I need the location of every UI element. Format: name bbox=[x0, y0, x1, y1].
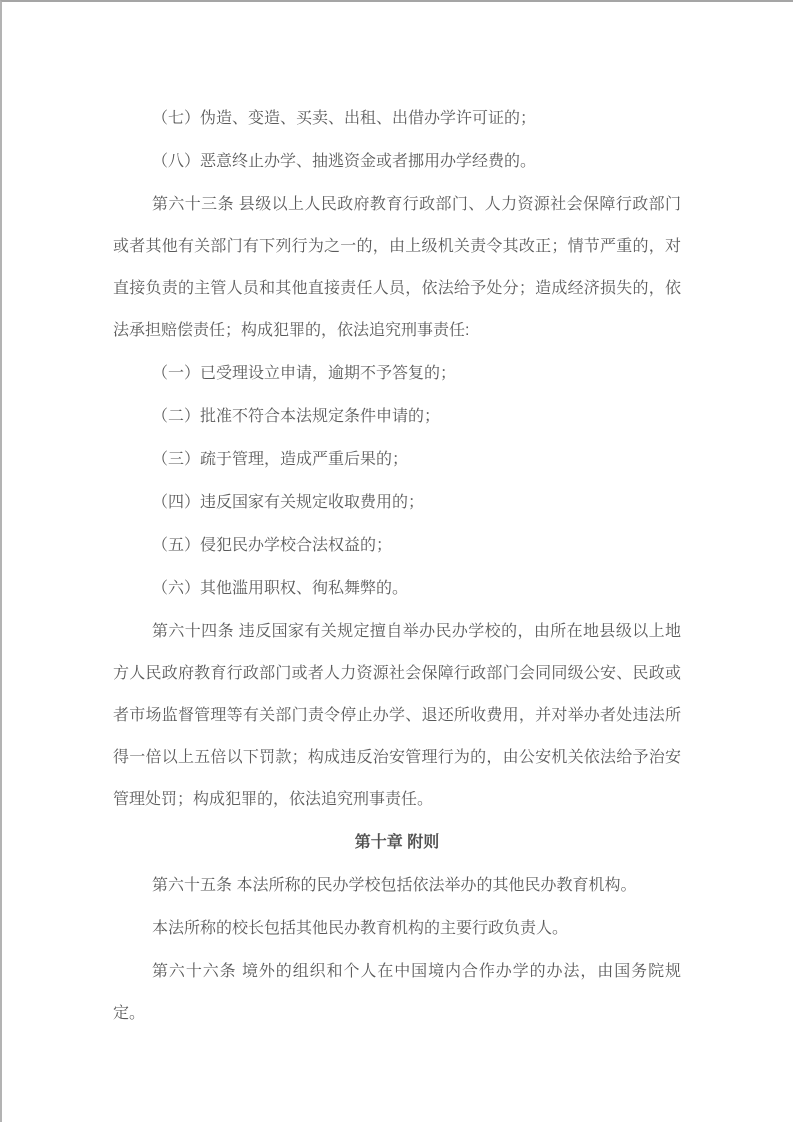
paragraph: （七）伪造、变造、买卖、出租、出借办学许可证的； bbox=[113, 98, 681, 140]
document-text-block: （七）伪造、变造、买卖、出租、出借办学许可证的；（八）恶意终止办学、抽逃资金或者… bbox=[113, 98, 681, 1036]
paragraph: （一）已受理设立申请，逾期不予答复的； bbox=[113, 353, 681, 395]
paragraph: 第六十六条 境外的组织和个人在中国境内合作办学的办法，由国务院规定。 bbox=[113, 951, 681, 1035]
paragraph: 第六十四条 违反国家有关规定擅自举办民办学校的，由所在地县级以上地方人民政府教育… bbox=[113, 611, 681, 821]
paragraph: （二）批准不符合本法规定条件申请的； bbox=[113, 396, 681, 438]
document-page: （七）伪造、变造、买卖、出租、出借办学许可证的；（八）恶意终止办学、抽逃资金或者… bbox=[2, 2, 793, 1122]
paragraph: （五）侵犯民办学校合法权益的； bbox=[113, 525, 681, 567]
paragraph: 本法所称的校长包括其他民办教育机构的主要行政负责人。 bbox=[113, 908, 681, 950]
paragraph: 第六十三条 县级以上人民政府教育行政部门、人力资源社会保障行政部门或者其他有关部… bbox=[113, 184, 681, 352]
paragraph: （六）其他滥用职权、徇私舞弊的。 bbox=[113, 568, 681, 610]
paragraph: （四）违反国家有关规定收取费用的； bbox=[113, 482, 681, 524]
paragraph: （八）恶意终止办学、抽逃资金或者挪用办学经费的。 bbox=[113, 141, 681, 183]
paragraph: 第六十五条 本法所称的民办学校包括依法举办的其他民办教育机构。 bbox=[113, 865, 681, 907]
chapter-heading: 第十章 附则 bbox=[113, 822, 681, 864]
document-viewport: { "page": { "background_color": "#ffffff… bbox=[0, 0, 793, 1122]
paragraph: （三）疏于管理，造成严重后果的； bbox=[113, 439, 681, 481]
